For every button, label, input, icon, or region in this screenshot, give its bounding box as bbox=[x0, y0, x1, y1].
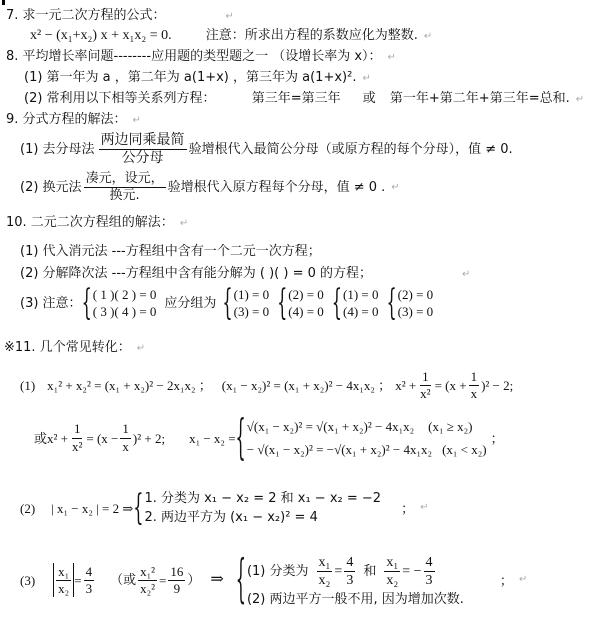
section-10-title: 10. 二元二次方程组的解法：↵ bbox=[6, 216, 188, 229]
identity-part: = (x + bbox=[435, 379, 467, 392]
denominator: x₂ bbox=[317, 572, 333, 588]
case-condition: (x₁ < x₂) bbox=[442, 442, 487, 457]
section-7-formula-line: x² − (x₁+x₂) x + x₁x₂ = 0. 注意：所求出方程的系数应化… bbox=[30, 29, 432, 43]
vieta-formula: x² − (x₁+x₂) x + x₁x₂ = 0. bbox=[30, 28, 172, 43]
denominator: x bbox=[469, 386, 480, 401]
numerator: 4 bbox=[84, 565, 95, 581]
paragraph-mark-icon: ↵ bbox=[180, 218, 188, 229]
item-label: (1) 去分母法 bbox=[20, 143, 95, 156]
section-10-item-1: (1) 代入消元法 ---方程组中含有一个二元一次方程； bbox=[20, 245, 321, 258]
equation-a: 第三年=第三年 bbox=[252, 91, 341, 106]
numerator: 凑元，设元， bbox=[84, 172, 166, 188]
paragraph-mark-icon: ↵ bbox=[519, 575, 527, 585]
fraction: 43 bbox=[424, 555, 435, 589]
group-system-3: { (1) = 0 (4) = 0 bbox=[332, 288, 379, 318]
numerator: 4 bbox=[344, 555, 355, 572]
difference-lhs: x₁ − x₂ = bbox=[189, 432, 235, 445]
fraction: 1x bbox=[469, 370, 480, 402]
fraction: 43 bbox=[344, 555, 355, 589]
system-row: (3) = 0 bbox=[398, 305, 434, 318]
item-text: (1) 代入消元法 ---方程组中含有一个二元一次方程； bbox=[20, 244, 321, 259]
heading-text: ※11. 几个常见转化： bbox=[4, 340, 131, 355]
numerator: x₁ bbox=[384, 555, 400, 572]
denominator: 3 bbox=[84, 581, 95, 596]
fraction: x₁x₂ bbox=[56, 565, 71, 597]
case-expression: √(x₁ − x₂)² = √(x₁ + x₂)² − 4x₁x₂ bbox=[247, 419, 414, 434]
section-9-title: 9. 分式方程的解法：↵ bbox=[6, 113, 141, 126]
denominator: x₂ bbox=[56, 581, 71, 596]
numerator: 1 bbox=[420, 370, 431, 386]
item-text: (1) 第一年为 a ，第二年为 a(1+x) ，第三年为 a(1+x)². bbox=[24, 70, 356, 85]
case-row: 1. 分类为 x₁ − x₂ = 2 和 x₁ − x₂ = −2 bbox=[144, 492, 381, 505]
case-row-2: (2) 两边平方一般不用, 因为增加次数. bbox=[247, 593, 464, 606]
semicolon: ； bbox=[500, 574, 513, 587]
left-brace-icon: { bbox=[236, 555, 246, 606]
item-text: 验增根代入原方程每个分母，值 ≠ 0 . bbox=[168, 181, 386, 194]
system-row: (2) = 0 bbox=[288, 288, 324, 301]
semicolon: ； bbox=[401, 502, 414, 515]
text-cursor bbox=[2, 0, 5, 5]
or-text: （或 bbox=[110, 574, 136, 587]
paragraph-mark-icon: ↵ bbox=[226, 11, 234, 22]
left-brace-icon: { bbox=[222, 285, 232, 320]
system-row: (2) = 0 bbox=[398, 288, 434, 301]
denominator: x² bbox=[418, 386, 432, 401]
item-label: (3) 注意： bbox=[20, 297, 82, 310]
item-text: (2) 分解降次法 ---方程组中含有能分解为 ( )( ) = 0 的方程； bbox=[20, 266, 372, 281]
fraction: 1x² bbox=[418, 370, 432, 402]
denominator: 3 bbox=[344, 572, 355, 588]
fraction: 43 bbox=[84, 565, 95, 597]
numerator: x₁ bbox=[56, 565, 71, 581]
denominator: 9 bbox=[172, 581, 183, 596]
fraction: x₁x₂ bbox=[317, 555, 333, 589]
denominator: 换元. bbox=[108, 188, 142, 203]
heading-text: 7. 求一元二次方程的公式： bbox=[6, 8, 166, 23]
item-label: (2) bbox=[20, 502, 35, 515]
item-label: (2) 换元法 bbox=[20, 181, 82, 194]
case-row-1: (1) 分类为 x₁x₂ = 43 和 x₁x₂ = − 43 bbox=[247, 555, 464, 589]
numerator: x₁² bbox=[138, 565, 157, 581]
denominator: 公分母 bbox=[120, 150, 166, 166]
left-brace-icon: { bbox=[386, 285, 396, 320]
item-label: (2) 常利用以下相等关系列方程： bbox=[24, 91, 216, 106]
equals: = bbox=[334, 565, 342, 579]
heading-text: 8. 平均增长率问题--------应用题的类型题之一 （设增长率为 x）： bbox=[6, 49, 382, 64]
equals-negative: = − bbox=[402, 565, 421, 579]
numerator: 1 bbox=[120, 422, 131, 438]
fraction: 凑元，设元， 换元. bbox=[84, 172, 166, 204]
note-text: 注意：所求出方程的系数应化为整数. bbox=[206, 28, 418, 43]
denominator: x bbox=[120, 439, 131, 454]
semicolon: ； bbox=[491, 432, 504, 445]
paragraph-mark-icon: ↵ bbox=[420, 503, 428, 513]
close-paren: ） bbox=[187, 574, 200, 587]
system-row: (3) = 0 bbox=[234, 305, 270, 318]
left-brace-icon: { bbox=[236, 414, 246, 462]
equals: = bbox=[159, 574, 166, 587]
numerator: 16 bbox=[168, 565, 185, 581]
identity-part: )² + 2; bbox=[133, 432, 165, 445]
group-system-1: { (1) = 0 (3) = 0 bbox=[222, 288, 269, 318]
item-label: (3) bbox=[20, 574, 35, 587]
fraction: x₁x₂ bbox=[384, 555, 400, 589]
section-8-title: 8. 平均增长率问题--------应用题的类型题之一 （设增长率为 x）：↵ bbox=[6, 50, 396, 63]
implies-arrow-icon: ⇒ bbox=[210, 572, 223, 588]
system-row: (1) = 0 bbox=[234, 288, 270, 301]
section-10-item-2: (2) 分解降次法 ---方程组中含有能分解为 ( )( ) = 0 的方程；↵ bbox=[20, 267, 470, 280]
section-10-item-3: (3) 注意： { ( 1 )( 2 ) = 0 ( 3 )( 4 ) = 0 … bbox=[20, 288, 433, 318]
section-11-item-1: (1) x₁² + x₂² = (x₁ + x₂)² − 2x₁x₂ ； (x₁… bbox=[20, 370, 513, 402]
left-brace-icon: { bbox=[82, 285, 92, 320]
fraction: 1x² bbox=[70, 422, 84, 454]
case-label: (1) 分类为 bbox=[247, 565, 309, 578]
system-row: (4) = 0 bbox=[288, 305, 324, 318]
case-row-2: − √(x₁ − x₂)² = −√(x₁ + x₂)² − 4x₁x₂(x₁ … bbox=[247, 443, 487, 456]
denominator: x² bbox=[70, 439, 84, 454]
equals: = bbox=[74, 574, 81, 587]
paragraph-mark-icon: ↵ bbox=[462, 269, 470, 280]
case-condition: (x₁ ≥ x₂) bbox=[428, 419, 472, 434]
paragraph-mark-icon: ↵ bbox=[362, 73, 370, 84]
left-brace-icon: { bbox=[332, 285, 342, 320]
paragraph-mark-icon: ↵ bbox=[424, 31, 432, 42]
case-expression: − √(x₁ − x₂)² = −√(x₁ + x₂)² − 4x₁x₂ bbox=[247, 442, 432, 457]
numerator: 1 bbox=[469, 370, 480, 386]
abs-bar-left bbox=[53, 563, 54, 597]
system-row: ( 1 )( 2 ) = 0 bbox=[93, 288, 157, 301]
section-9-item-1: (1) 去分母法 两边同乘最简 公分母 验增根代入最简公分母（或原方程的每个分母… bbox=[20, 133, 513, 167]
section-8-item-2: (2) 常利用以下相等关系列方程： 第三年=第三年 或 第一年+第二年+第三年=… bbox=[24, 92, 584, 105]
denominator: x₂ bbox=[384, 572, 400, 588]
difference-cases: { √(x₁ − x₂)² = √(x₁ + x₂)² − 4x₁x₂(x₁ ≥… bbox=[236, 420, 487, 456]
equation-system: { ( 1 )( 2 ) = 0 ( 3 )( 4 ) = 0 bbox=[82, 288, 157, 318]
paragraph-mark-icon: ↵ bbox=[576, 94, 584, 105]
numerator: 两边同乘最简 bbox=[99, 133, 187, 150]
fraction: 169 bbox=[168, 565, 185, 597]
identity-part: = (x − bbox=[86, 432, 118, 445]
section-11-line-2: 或x² + 1x² = (x − 1x )² + 2; x₁ − x₂ = { … bbox=[34, 420, 504, 456]
paragraph-mark-icon: ↵ bbox=[388, 52, 396, 63]
heading-text: 10. 二元二次方程组的解法： bbox=[6, 215, 174, 230]
section-11-item-3: (3) x₁x₂ = 43 （或 x₁²x₂² = 169 ） ⇒ { (1) … bbox=[20, 555, 527, 606]
numerator: 1 bbox=[72, 422, 83, 438]
system-row: (1) = 0 bbox=[343, 288, 379, 301]
paragraph-mark-icon: ↵ bbox=[133, 115, 141, 126]
system-row: ( 3 )( 4 ) = 0 bbox=[93, 305, 157, 318]
or-text: 或 bbox=[363, 91, 376, 106]
section-11-title: ※11. 几个常见转化：↵ bbox=[4, 341, 145, 354]
heading-text: 9. 分式方程的解法： bbox=[6, 112, 127, 127]
paragraph-mark-icon: ↵ bbox=[137, 343, 145, 354]
equation-b: 第一年+第二年+第三年=总和. bbox=[390, 91, 570, 106]
fraction: 1x bbox=[120, 422, 131, 454]
paragraph-mark-icon: ↵ bbox=[391, 183, 399, 193]
section-9-item-2: (2) 换元法 凑元，设元， 换元. 验增根代入原方程每个分母，值 ≠ 0 .↵ bbox=[20, 172, 400, 204]
numerator: 4 bbox=[424, 555, 435, 572]
identity-part: 或x² + bbox=[34, 432, 68, 445]
left-brace-icon: { bbox=[133, 490, 143, 525]
left-brace-icon: { bbox=[277, 285, 287, 320]
denominator: 3 bbox=[424, 572, 435, 588]
numerator: x₁ bbox=[317, 555, 333, 572]
item-text: 验增根代入最简公分母（或原方程的每个分母），值 ≠ 0. bbox=[189, 143, 513, 156]
section-11-item-2: (2) | x₁ − x₂ | = 2 ⇒ { 1. 分类为 x₁ − x₂ =… bbox=[20, 492, 428, 524]
section-7-title: 7. 求一元二次方程的公式：↵ bbox=[6, 9, 234, 22]
item-label: (1) bbox=[20, 379, 35, 392]
cases: { (1) 分类为 x₁x₂ = 43 和 x₁x₂ = − 43 (2) 两边… bbox=[236, 555, 464, 606]
and-text: 和 bbox=[363, 565, 376, 578]
identity-sum-squares: x₁² + x₂² = (x₁ + x₂)² − 2x₁x₂ ； bbox=[47, 379, 212, 392]
fraction: 两边同乘最简 公分母 bbox=[99, 133, 187, 167]
group-system-2: { (2) = 0 (4) = 0 bbox=[277, 288, 324, 318]
grouping-text: 应分组为 bbox=[164, 297, 216, 310]
system-row: (4) = 0 bbox=[343, 305, 379, 318]
identity-part: x² + bbox=[395, 379, 416, 392]
section-8-item-1: (1) 第一年为 a ，第二年为 a(1+x) ，第三年为 a(1+x)².↵ bbox=[24, 71, 371, 84]
group-system-4: { (2) = 0 (3) = 0 bbox=[386, 288, 433, 318]
case-row: 2. 两边平方为 (x₁ − x₂)² = 4 bbox=[144, 511, 381, 524]
denominator: x₂² bbox=[138, 581, 157, 596]
identity-diff-square: (x₁ − x₂)² = (x₁ + x₂)² − 4x₁x₂ ； bbox=[222, 379, 391, 392]
cases: { 1. 分类为 x₁ − x₂ = 2 和 x₁ − x₂ = −2 2. 两… bbox=[133, 492, 381, 524]
identity-part: )² − 2; bbox=[481, 379, 513, 392]
case-row-1: √(x₁ − x₂)² = √(x₁ + x₂)² − 4x₁x₂(x₁ ≥ x… bbox=[247, 420, 487, 433]
fraction: x₁²x₂² bbox=[138, 565, 157, 597]
absolute-value-eq: | x₁ − x₂ | = 2 ⇒ bbox=[51, 502, 133, 515]
